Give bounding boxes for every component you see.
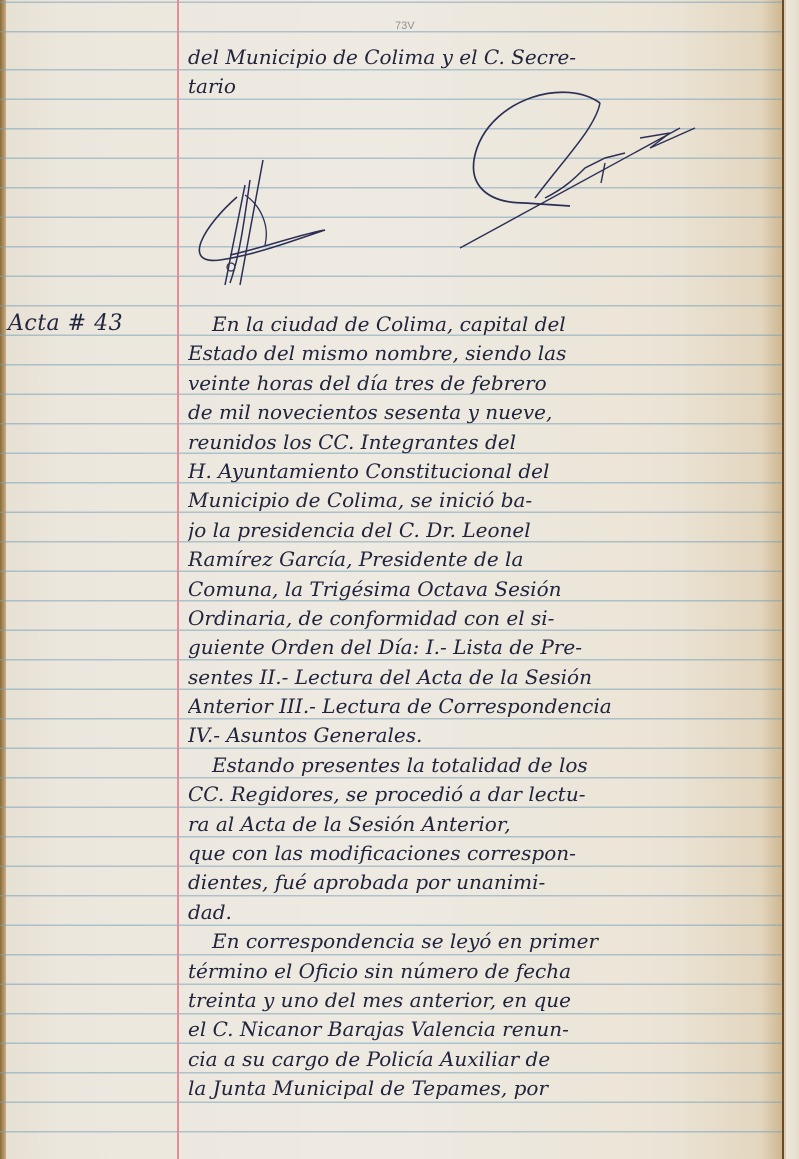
text-line: guiente Orden del Día: I.- Lista de Pre-: [188, 633, 773, 662]
text-line: CC. Regidores, se procedió a dar lectu-: [188, 780, 773, 809]
red-margin-line: [177, 0, 179, 1159]
text-line: Municipio de Colima, se inició ba-: [188, 486, 773, 515]
text-line: que con las modificaciones correspon-: [188, 839, 773, 868]
adjacent-page-edge: [786, 0, 799, 1159]
text-line: Estando presentes la totalidad de los: [188, 751, 773, 780]
text-line: Ramírez García, Presidente de la: [188, 545, 773, 574]
acta-number-marginal-note: Acta # 43: [8, 311, 123, 336]
text-line: el C. Nicanor Barajas Valencia renun-: [188, 1015, 773, 1044]
folio-number: 73V: [395, 20, 415, 32]
text-line: Ordinaria, de conformidad con el si-: [188, 604, 773, 633]
text-line: IV.- Asuntos Generales.: [188, 721, 773, 750]
page-edge: [782, 0, 784, 1159]
text-line: Estado del mismo nombre, siendo las: [188, 339, 773, 368]
text-line: H. Ayuntamiento Constitucional del: [188, 457, 773, 486]
signature-left-icon: [185, 155, 345, 290]
text-line: En correspondencia se leyó en primer: [188, 927, 773, 956]
text-line: Anterior III.- Lectura de Correspondenci…: [188, 692, 773, 721]
text-line: del Municipio de Colima y el C. Secre-: [188, 43, 773, 72]
text-line: sentes II.- Lectura del Acta de la Sesió…: [188, 663, 773, 692]
text-line: treinta y uno del mes anterior, en que: [188, 986, 773, 1015]
minutes-body: En la ciudad de Colima, capital del Esta…: [188, 310, 773, 1104]
text-line: término el Oficio sin número de fecha: [188, 957, 773, 986]
text-line: jo la presidencia del C. Dr. Leonel: [188, 516, 773, 545]
text-line: dad.: [188, 898, 773, 927]
text-line: cia a su cargo de Policía Auxiliar de: [188, 1045, 773, 1074]
text-line: veinte horas del día tres de febrero: [188, 369, 773, 398]
text-line: En la ciudad de Colima, capital del: [188, 310, 773, 339]
ledger-page: 73V del Municipio de Colima y el C. Secr…: [0, 0, 784, 1159]
signature-right-icon: [455, 88, 705, 258]
text-line: dientes, fué aprobada por unanimi-: [188, 868, 773, 897]
text-line: Comuna, la Trigésima Octava Sesión: [188, 575, 773, 604]
text-line: la Junta Municipal de Tepames, por: [188, 1074, 773, 1103]
text-line: ra al Acta de la Sesión Anterior,: [188, 810, 773, 839]
text-line: de mil novecientos sesenta y nueve,: [188, 398, 773, 427]
text-line: reunidos los CC. Integrantes del: [188, 428, 773, 457]
